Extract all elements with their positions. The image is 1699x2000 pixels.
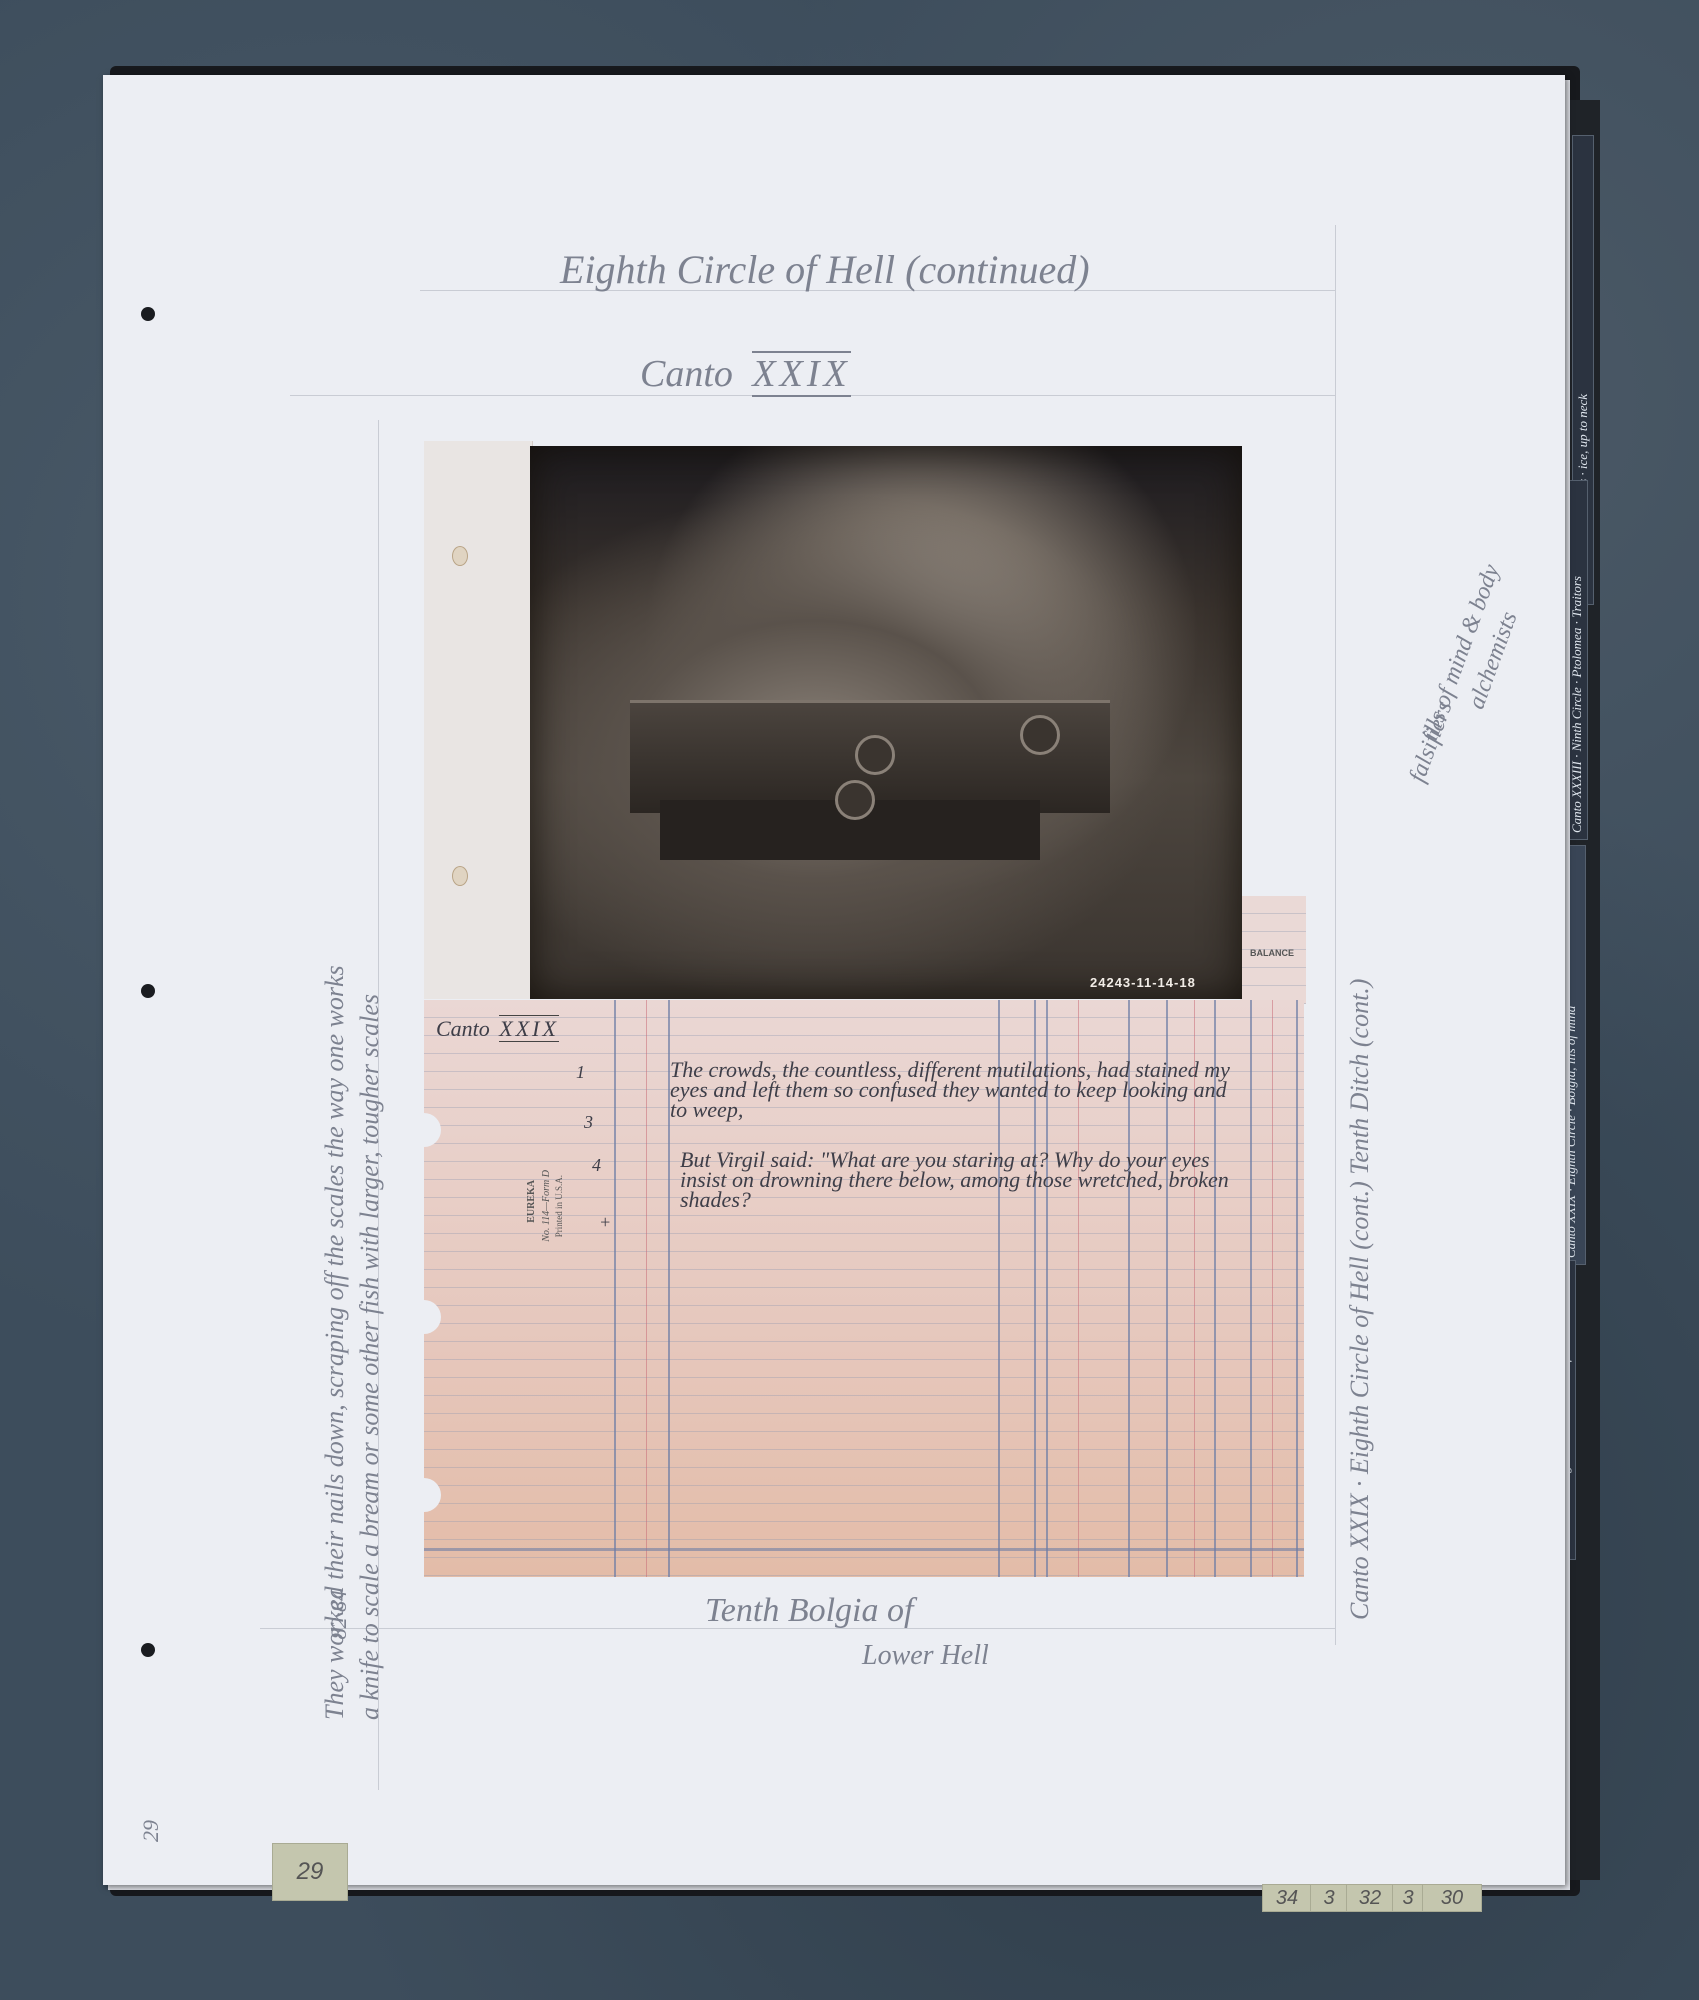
balance-column-header: BALANCE (1250, 948, 1294, 958)
ledger-rule (1250, 1000, 1252, 1577)
handwheel (1020, 715, 1060, 755)
caption-line-2: Lower Hell (862, 1640, 989, 1672)
ledger-rule (646, 1000, 647, 1577)
left-margin-quote-line1: They worked their nails down, scraping o… (320, 540, 350, 1720)
page-tab[interactable]: 34 (1262, 1884, 1312, 1912)
ledger-sheet: Canto XXIX 1 3 4 + The crowds, the count… (424, 1000, 1304, 1577)
verse-stanza-1: The crowds, the countless, different mut… (670, 1060, 1230, 1120)
page-tab[interactable]: 30 (1422, 1884, 1482, 1912)
page-number-pencil: 29 (138, 1820, 164, 1842)
left-margin-quote-line2: a knife to scale a bream or some other f… (355, 520, 385, 1720)
page-tab[interactable]: 3 (1392, 1884, 1424, 1912)
canto-label: Canto (640, 353, 733, 395)
caption-line-1: Tenth Bolgia of (705, 1592, 913, 1630)
form-number: No. 114—Form D (541, 1170, 552, 1242)
form-printed: Printed in U.S.A. (554, 1175, 564, 1237)
ledger-canto-label: Canto (436, 1016, 490, 1041)
line-number: 4 (592, 1155, 601, 1176)
line-number: + (599, 1212, 611, 1233)
ledger-notch (407, 1478, 441, 1512)
ledger-notch (407, 1113, 441, 1147)
ledger-rule (614, 1000, 616, 1577)
guide-line (1335, 225, 1336, 1645)
canto-heading: Canto XXIX (640, 352, 851, 396)
page-tab-29[interactable]: 29 (272, 1843, 348, 1901)
ledger-bottom-rule (424, 1548, 1304, 1551)
handwheel (835, 780, 875, 820)
ledger-canto-heading: Canto XXIX (436, 1016, 559, 1042)
punch-hole (141, 307, 155, 321)
punch-hole (141, 984, 155, 998)
ledger-header-strip: BALANCE (1240, 896, 1306, 1004)
line-number: 1 (576, 1062, 585, 1083)
photo-stamp: 24243-11-14-18 (1090, 975, 1196, 990)
page-tab[interactable]: 3 (1310, 1884, 1348, 1912)
mount-hole (452, 866, 468, 886)
page-title: Eighth Circle of Hell (continued) (560, 246, 1090, 293)
mount-hole (452, 546, 468, 566)
ledger-notch (407, 1300, 441, 1334)
form-brand: EUREKA (526, 1180, 537, 1223)
right-margin-caption: Canto XXIX · Eighth Circle of Hell (cont… (1345, 820, 1375, 1620)
punch-hole (141, 1643, 155, 1657)
ledger-rule (1296, 1000, 1298, 1577)
verse-stanza-2: But Virgil said: "What are you staring a… (680, 1150, 1240, 1210)
verse-range: 82·84 (326, 1590, 352, 1640)
page-tab[interactable]: 32 (1346, 1884, 1394, 1912)
line-number: 3 (584, 1112, 593, 1133)
handwheel (855, 735, 895, 775)
photo-mount-strip (424, 441, 533, 999)
ledger-canto-number: XXIX (499, 1015, 559, 1042)
canto-number: XXIX (752, 351, 850, 397)
ledger-rule (1272, 1000, 1273, 1577)
